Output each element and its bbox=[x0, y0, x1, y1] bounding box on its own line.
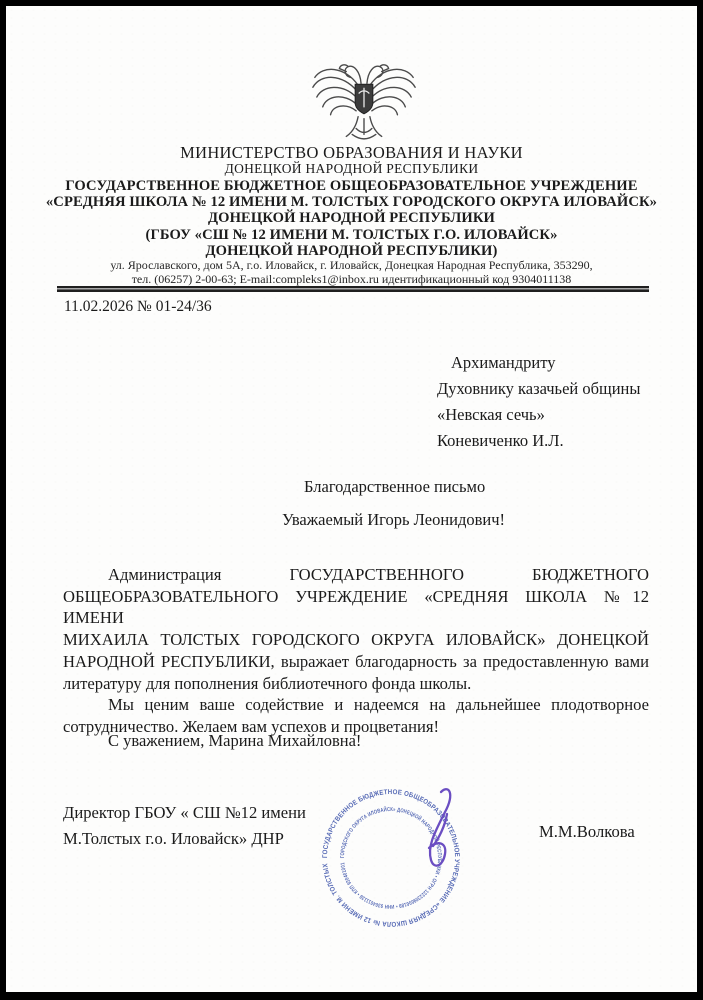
letter-salutation: Уважаемый Игорь Леонидович! bbox=[282, 510, 505, 530]
recipient-block: Архимандриту Духовнику казачьей общины «… bbox=[437, 350, 640, 454]
reference-date-number: 11.02.2026 № 01-24/36 bbox=[64, 298, 212, 316]
org-line: ДОНЕЦКОЙ НАРОДНОЙ РЕСПУБЛИКИ) bbox=[6, 243, 697, 259]
org-line: «СРЕДНЯЯ ШКОЛА № 12 ИМЕНИ М. ТОЛСТЫХ ГОР… bbox=[6, 194, 697, 210]
org-line: ГОСУДАРСТВЕННОЕ БЮДЖЕТНОЕ ОБЩЕОБРАЗОВАТЕ… bbox=[6, 178, 697, 194]
recipient-line: «Невская сечь» bbox=[437, 402, 640, 428]
letter-closing: С уважением, Марина Михайловна! bbox=[108, 731, 361, 751]
org-address: ул. Ярославского, дом 5А, г.о. Иловайск,… bbox=[6, 259, 697, 273]
letterhead-divider-rule bbox=[57, 286, 649, 292]
handwritten-signature bbox=[389, 784, 467, 884]
body-line: Администрация ГОСУДАРСТВЕННОГО БЮДЖЕТНОГ… bbox=[63, 564, 649, 586]
body-line: ОБЩЕОБРАЗОВАТЕЛЬНОГО УЧРЕЖДЕНИЕ «СРЕДНЯЯ… bbox=[63, 586, 649, 629]
letter-title: Благодарственное письмо bbox=[304, 477, 485, 497]
letter-body: Администрация ГОСУДАРСТВЕННОГО БЮДЖЕТНОГ… bbox=[63, 564, 649, 738]
coat-of-arms-eagle-icon bbox=[305, 56, 423, 146]
ministry-republic: ДОНЕЦКОЙ НАРОДНОЙ РЕСПУБЛИКИ bbox=[6, 161, 697, 177]
recipient-line: Коневиченко И.Л. bbox=[437, 428, 640, 454]
body-line: МИХАИЛА ТОЛСТЫХ ГОРОДСКОГО ОКРУГА ИЛОВАЙ… bbox=[63, 629, 649, 651]
organization-name-block: ГОСУДАРСТВЕННОЕ БЮДЖЕТНОЕ ОБЩЕОБРАЗОВАТЕ… bbox=[6, 178, 697, 259]
org-line: ДОНЕЦКОЙ НАРОДНОЙ РЕСПУБЛИКИ bbox=[6, 210, 697, 226]
signer-position-line: М.Толстых г.о. Иловайск» ДНР bbox=[63, 826, 306, 852]
scanned-letter-page: МИНИСТЕРСТВО ОБРАЗОВАНИЯ И НАУКИ ДОНЕЦКО… bbox=[6, 6, 697, 992]
ministry-name: МИНИСТЕРСТВО ОБРАЗОВАНИЯ И НАУКИ bbox=[6, 143, 697, 163]
signer-name: М.М.Волкова bbox=[539, 822, 635, 842]
body-line: НАРОДНОЙ РЕСПУБЛИКИ, выражает благодарно… bbox=[63, 651, 649, 673]
recipient-line: Духовнику казачьей общины bbox=[437, 376, 640, 402]
recipient-line: Архимандриту bbox=[437, 350, 640, 376]
org-address-block: ул. Ярославского, дом 5А, г.о. Иловайск,… bbox=[6, 259, 697, 287]
org-line: (ГБОУ «СШ № 12 ИМЕНИ М. ТОЛСТЫХ Г.О. ИЛО… bbox=[6, 227, 697, 243]
org-contacts: тел. (06257) 2-00-63; E-mail:compleks1@i… bbox=[6, 273, 697, 287]
body-line: литературу для пополнения библиотечного … bbox=[63, 673, 649, 695]
body-line: Мы ценим ваше содействие и надеемся на д… bbox=[63, 694, 649, 716]
signer-position-line: Директор ГБОУ « СШ №12 имени bbox=[63, 800, 306, 826]
signer-position-block: Директор ГБОУ « СШ №12 имени М.Толстых г… bbox=[63, 800, 306, 852]
